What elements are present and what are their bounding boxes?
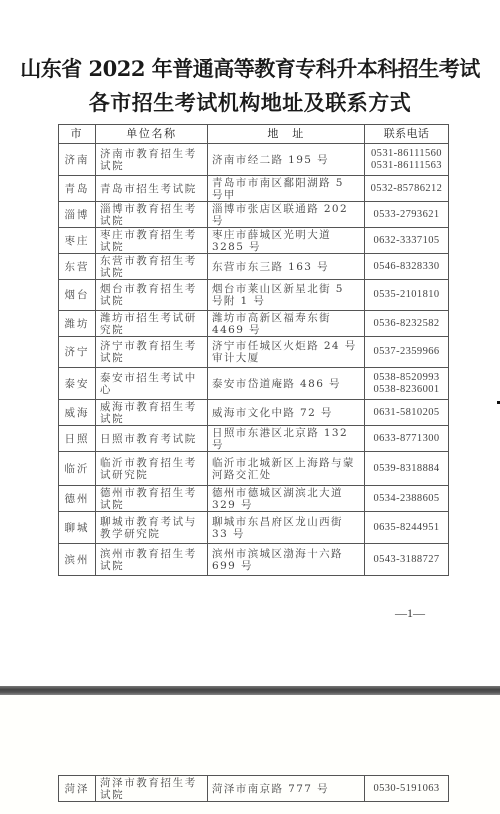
unit-cell: 烟台市教育招生考试院 <box>96 280 208 311</box>
address-cell: 济南市经二路 195 号 <box>208 144 365 176</box>
table-row: 烟台烟台市教育招生考试院烟台市莱山区新星北街 5 号附 1 号0535-2101… <box>59 280 449 311</box>
address-cell: 东营市东三路 163 号 <box>208 254 365 280</box>
table-row: 滨州滨州市教育招生考试院滨州市滨城区渤海十六路 699 号0543-318872… <box>59 544 449 576</box>
city-cell: 烟台 <box>59 280 96 311</box>
table-row: 威海威海市教育招生考试院威海市文化中路 72 号0631-5810205 <box>59 400 449 426</box>
page-number: —1— <box>395 606 425 621</box>
header-address: 地 址 <box>208 125 365 144</box>
unit-cell: 威海市教育招生考试院 <box>96 400 208 426</box>
header-unit: 单位名称 <box>96 125 208 144</box>
city-cell: 滨州 <box>59 544 96 576</box>
phone-cell: 0530-5191063 <box>365 776 449 802</box>
address-cell: 菏泽市南京路 777 号 <box>208 776 365 802</box>
unit-cell: 临沂市教育招生考试研究院 <box>96 452 208 486</box>
address-cell: 日照市东港区北京路 132 号 <box>208 426 365 452</box>
city-cell: 临沂 <box>59 452 96 486</box>
address-cell: 济宁市任城区火炬路 24 号审计大厦 <box>208 337 365 368</box>
phone-cell: 0531-861115600531-86111563 <box>365 144 449 176</box>
city-cell: 东营 <box>59 254 96 280</box>
table-header-row: 市 单位名称 地 址 联系电话 <box>59 125 449 144</box>
phone-cell: 0534-2388605 <box>365 486 449 512</box>
unit-cell: 济宁市教育招生考试院 <box>96 337 208 368</box>
unit-cell: 东营市教育招生考试院 <box>96 254 208 280</box>
unit-cell: 菏泽市教育招生考试院 <box>96 776 208 802</box>
header-city: 市 <box>59 125 96 144</box>
city-cell: 青岛 <box>59 176 96 202</box>
address-cell: 威海市文化中路 72 号 <box>208 400 365 426</box>
city-cell: 济南 <box>59 144 96 176</box>
phone-cell: 0535-2101810 <box>365 280 449 311</box>
document-subtitle: 各市招生考试机构地址及联系方式 <box>0 87 500 117</box>
table-row: 青岛青岛市招生考试院青岛市市南区鄱阳湖路 5 号甲0532-85786212 <box>59 176 449 202</box>
address-cell: 临沂市北城新区上海路与蒙河路交汇处 <box>208 452 365 486</box>
address-cell: 烟台市莱山区新星北街 5 号附 1 号 <box>208 280 365 311</box>
address-cell: 青岛市市南区鄱阳湖路 5 号甲 <box>208 176 365 202</box>
phone-cell: 0632-3337105 <box>365 228 449 254</box>
city-cell: 日照 <box>59 426 96 452</box>
address-cell: 滨州市滨城区渤海十六路 699 号 <box>208 544 365 576</box>
city-cell: 聊城 <box>59 512 96 544</box>
city-cell: 潍坊 <box>59 311 96 337</box>
city-cell: 德州 <box>59 486 96 512</box>
table-row: 菏泽菏泽市教育招生考试院菏泽市南京路 777 号0530-5191063 <box>59 776 449 802</box>
table-row: 临沂临沂市教育招生考试研究院临沂市北城新区上海路与蒙河路交汇处0539-8318… <box>59 452 449 486</box>
table-body: 济南济南市教育招生考试院济南市经二路 195 号0531-86111560053… <box>59 144 449 576</box>
address-cell: 淄博市张店区联通路 202 号 <box>208 202 365 228</box>
table-row: 枣庄枣庄市教育招生考试院枣庄市薛城区光明大道 3285 号0632-333710… <box>59 228 449 254</box>
address-cell: 聊城市东昌府区龙山西街 33 号 <box>208 512 365 544</box>
phone-cell: 0533-2793621 <box>365 202 449 228</box>
phone-cell: 0633-8771300 <box>365 426 449 452</box>
unit-cell: 青岛市招生考试院 <box>96 176 208 202</box>
unit-cell: 聊城市教育考试与教学研究院 <box>96 512 208 544</box>
document-page-2: 菏泽菏泽市教育招生考试院菏泽市南京路 777 号0530-5191063 <box>0 695 500 814</box>
address-cell: 枣庄市薛城区光明大道 3285 号 <box>208 228 365 254</box>
table-row: 德州德州市教育招生考试院德州市德城区湖滨北大道 329 号0534-238860… <box>59 486 449 512</box>
document-title: 山东省 2022 年普通高等教育专科升本科招生考试 <box>0 53 500 83</box>
unit-cell: 日照市教育考试院 <box>96 426 208 452</box>
phone-cell: 0631-5810205 <box>365 400 449 426</box>
unit-cell: 淄博市教育招生考试院 <box>96 202 208 228</box>
city-cell: 淄博 <box>59 202 96 228</box>
phone-cell: 0546-8328330 <box>365 254 449 280</box>
table-row: 泰安泰安市招生考试中心泰安市岱道庵路 486 号0538-85209930538… <box>59 368 449 400</box>
address-cell: 泰安市岱道庵路 486 号 <box>208 368 365 400</box>
table-body-continued: 菏泽菏泽市教育招生考试院菏泽市南京路 777 号0530-5191063 <box>59 776 449 802</box>
city-cell: 菏泽 <box>59 776 96 802</box>
header-phone: 联系电话 <box>365 125 449 144</box>
phone-cell: 0538-85209930538-8236001 <box>365 368 449 400</box>
document-page-1: 山东省 2022 年普通高等教育专科升本科招生考试 各市招生考试机构地址及联系方… <box>0 0 500 686</box>
table-row: 日照日照市教育考试院日照市东港区北京路 132 号0633-8771300 <box>59 426 449 452</box>
address-cell: 潍坊市高新区福寿东街 4469 号 <box>208 311 365 337</box>
table-row: 聊城聊城市教育考试与教学研究院聊城市东昌府区龙山西街 33 号0635-8244… <box>59 512 449 544</box>
unit-cell: 潍坊市招生考试研究院 <box>96 311 208 337</box>
city-cell: 枣庄 <box>59 228 96 254</box>
city-cell: 泰安 <box>59 368 96 400</box>
phone-cell: 0539-8318884 <box>365 452 449 486</box>
phone-cell: 0635-8244951 <box>365 512 449 544</box>
table-row: 济南济南市教育招生考试院济南市经二路 195 号0531-86111560053… <box>59 144 449 176</box>
unit-cell: 泰安市招生考试中心 <box>96 368 208 400</box>
phone-cell: 0532-85786212 <box>365 176 449 202</box>
unit-cell: 济南市教育招生考试院 <box>96 144 208 176</box>
page-separator <box>0 686 500 695</box>
table-row: 东营东营市教育招生考试院东营市东三路 163 号0546-8328330 <box>59 254 449 280</box>
city-cell: 威海 <box>59 400 96 426</box>
phone-cell: 0537-2359966 <box>365 337 449 368</box>
contact-table: 市 单位名称 地 址 联系电话 济南济南市教育招生考试院济南市经二路 195 号… <box>58 124 449 576</box>
phone-cell: 0536-8232582 <box>365 311 449 337</box>
table-row: 济宁济宁市教育招生考试院济宁市任城区火炬路 24 号审计大厦0537-23599… <box>59 337 449 368</box>
unit-cell: 枣庄市教育招生考试院 <box>96 228 208 254</box>
table-row: 淄博淄博市教育招生考试院淄博市张店区联通路 202 号0533-2793621 <box>59 202 449 228</box>
address-cell: 德州市德城区湖滨北大道 329 号 <box>208 486 365 512</box>
unit-cell: 德州市教育招生考试院 <box>96 486 208 512</box>
contact-table-continued: 菏泽菏泽市教育招生考试院菏泽市南京路 777 号0530-5191063 <box>58 775 449 802</box>
unit-cell: 滨州市教育招生考试院 <box>96 544 208 576</box>
city-cell: 济宁 <box>59 337 96 368</box>
table-row: 潍坊潍坊市招生考试研究院潍坊市高新区福寿东街 4469 号0536-823258… <box>59 311 449 337</box>
phone-cell: 0543-3188727 <box>365 544 449 576</box>
